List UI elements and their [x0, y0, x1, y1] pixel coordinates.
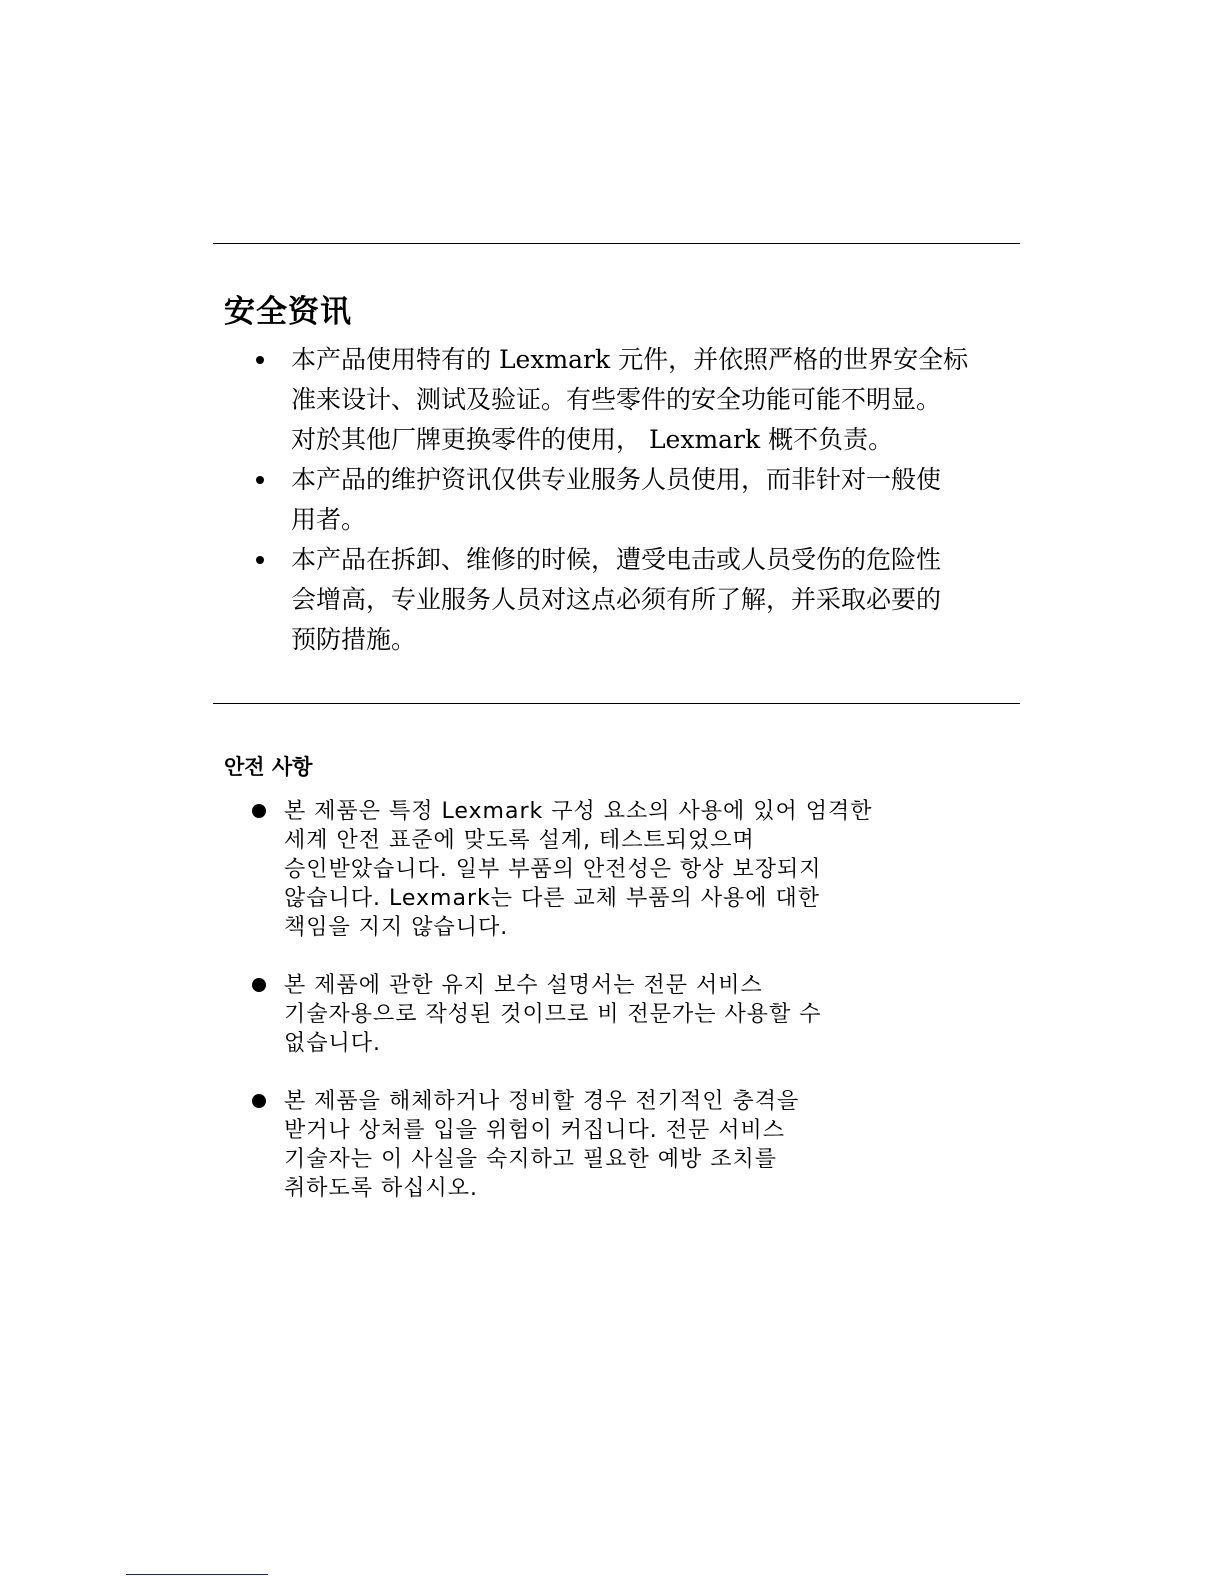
bullet-icon — [252, 978, 266, 992]
korean-safety-title: 안전 사항 — [224, 751, 312, 781]
chinese-safety-title: 安全资讯 — [224, 286, 352, 331]
chinese-safety-item: 本产品的维护资讯仅供专业服务人员使用，而非针对一般使 用者。 — [252, 460, 1012, 540]
korean-safety-item: 본 제품을 해체하거나 정비할 경우 전기적인 충격을 받거나 상처를 입을 위… — [252, 1087, 972, 1203]
text-line: 책임을 지지 않습니다. — [284, 913, 972, 942]
text-line: 准来设计、测试及验证。有些零件的安全功能可能不明显。 — [291, 380, 1012, 420]
text-line: 기술자용으로 작성된 것이므로 비 전문가는 사용할 수 — [284, 1000, 972, 1029]
text-line: 승인받았습니다. 일부 부품의 안전성은 항상 보장되지 — [284, 855, 972, 884]
text-line: 않습니다. Lexmark는 다른 교체 부품의 사용에 대한 — [284, 884, 972, 913]
chinese-safety-list: 本产品使用特有的 Lexmark 元件，并依照严格的世界安全标 准来设计、测试及… — [252, 340, 1012, 660]
text-line: 없습니다. — [284, 1029, 972, 1058]
bullet-icon — [256, 556, 264, 564]
korean-safety-item: 본 제품은 특정 Lexmark 구성 요소의 사용에 있어 엄격한 세계 안전… — [252, 797, 972, 942]
chinese-safety-item: 本产品使用特有的 Lexmark 元件，并依照严格的世界安全标 准来设计、测试及… — [252, 340, 1012, 460]
top-divider — [213, 243, 1020, 244]
footer-rule — [126, 1574, 268, 1575]
text-line: 用者。 — [291, 500, 1012, 540]
chinese-safety-item: 本产品在拆卸、维修的时候，遭受电击或人员受伤的危险性 会增高，专业服务人员对这点… — [252, 540, 1012, 660]
text-line: 본 제품에 관한 유지 보수 설명서는 전문 서비스 — [284, 971, 972, 1000]
bullet-icon — [252, 1094, 266, 1108]
text-line: 받거나 상처를 입을 위험이 커집니다. 전문 서비스 — [284, 1116, 972, 1145]
bullet-icon — [256, 356, 264, 364]
text-line: 会增高，专业服务人员对这点必须有所了解，并采取必要的 — [291, 580, 1012, 620]
korean-safety-item: 본 제품에 관한 유지 보수 설명서는 전문 서비스 기술자용으로 작성된 것이… — [252, 971, 972, 1058]
bullet-icon — [256, 476, 264, 484]
text-line: 本产品在拆卸、维修的时候，遭受电击或人员受伤的危险性 — [291, 540, 1012, 580]
text-line: 취하도록 하십시오. — [284, 1174, 972, 1203]
text-line: 본 제품을 해체하거나 정비할 경우 전기적인 충격을 — [284, 1087, 972, 1116]
bullet-icon — [252, 804, 266, 818]
text-line: 对於其他厂牌更换零件的使用， Lexmark 概不负责。 — [291, 420, 1012, 460]
text-line: 本产品的维护资讯仅供专业服务人员使用，而非针对一般使 — [291, 460, 1012, 500]
text-line: 기술자는 이 사실을 숙지하고 필요한 예방 조치를 — [284, 1145, 972, 1174]
text-line: 세계 안전 표준에 맞도록 설계, 테스트되었으며 — [284, 826, 972, 855]
korean-safety-list: 본 제품은 특정 Lexmark 구성 요소의 사용에 있어 엄격한 세계 안전… — [252, 797, 972, 1232]
text-line: 本产品使用特有的 Lexmark 元件，并依照严格的世界安全标 — [291, 340, 1012, 380]
middle-divider — [213, 703, 1020, 704]
text-line: 预防措施。 — [291, 620, 1012, 660]
text-line: 본 제품은 특정 Lexmark 구성 요소의 사용에 있어 엄격한 — [284, 797, 972, 826]
